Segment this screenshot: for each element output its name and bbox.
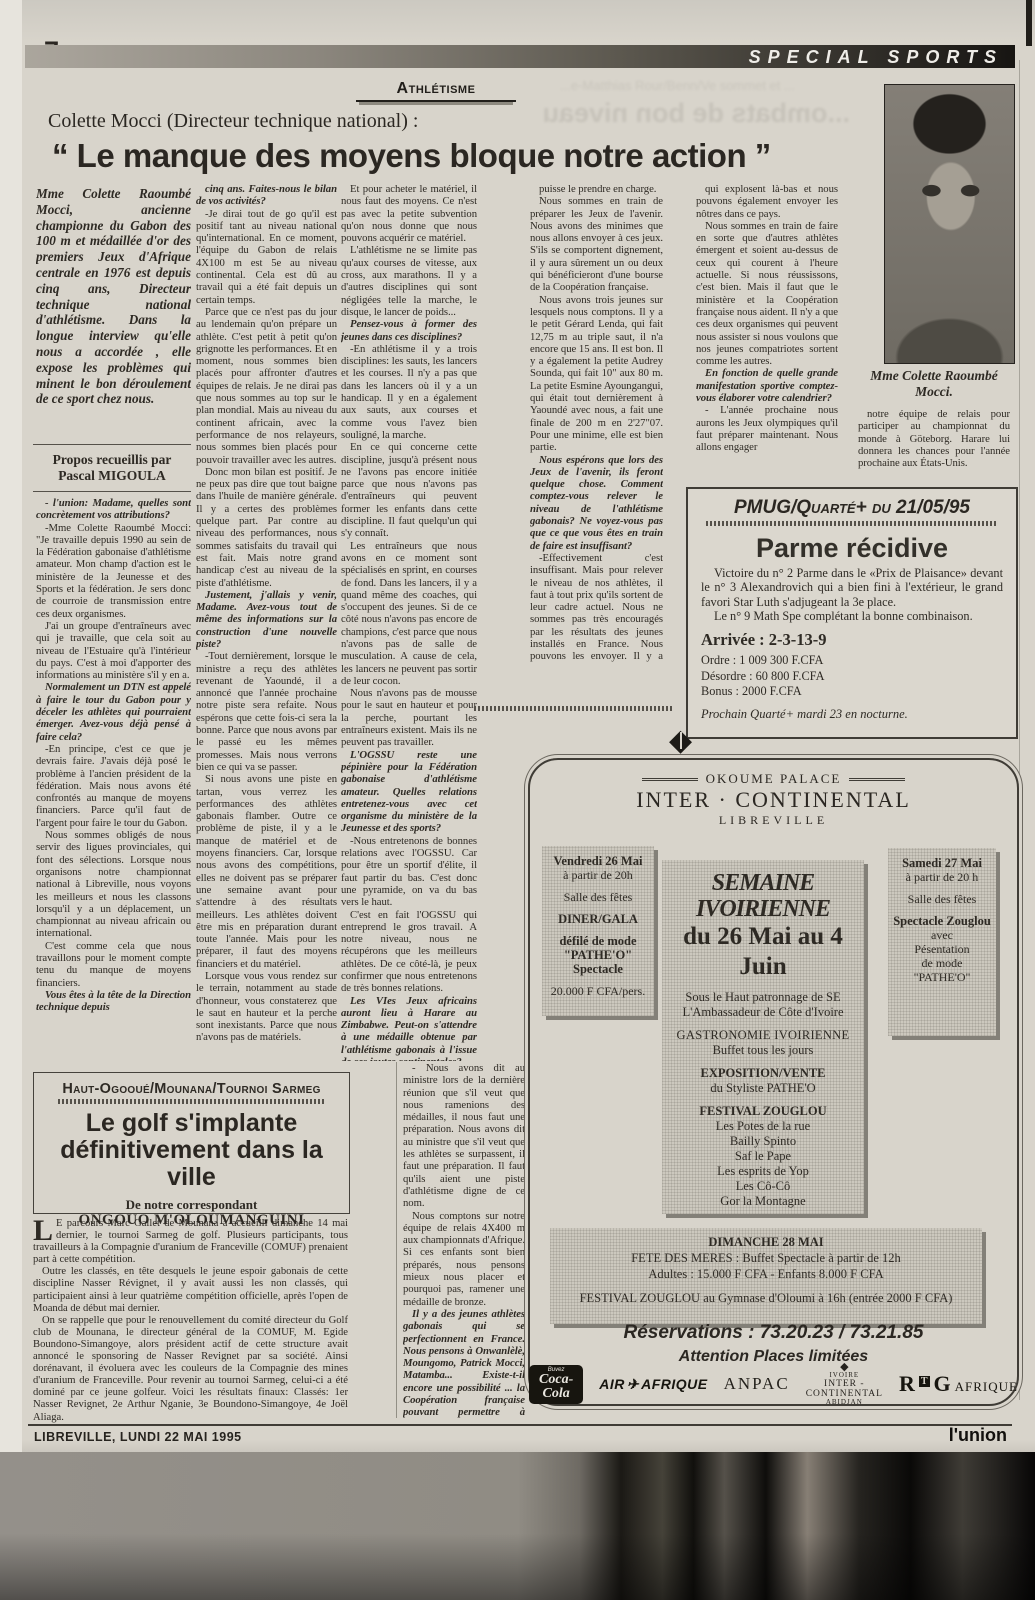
newspaper-page: 7 SPECIAL SPORTS ...ombats de bon niveau… xyxy=(0,0,1035,1600)
paragraph: Donc mon bilan est positif. Je ne peux p… xyxy=(196,466,337,589)
rtg-letter-g: G xyxy=(934,1371,951,1397)
pmug-title: PMUG/Quarté+ du 21/05/95 xyxy=(702,497,1002,518)
pmug-heading: Parme récidive xyxy=(688,534,1016,562)
intercontinental-abidjan-logo: ◆ IVOIRE INTER - CONTINENTAL ABIDJAN xyxy=(806,1362,883,1406)
ad-line: Vendredi 26 Mai xyxy=(542,854,654,868)
ad-line: Les Cô-Cô xyxy=(662,1179,864,1194)
ad-line: 20.000 F CFA/pers. xyxy=(542,984,654,998)
ic-name-label: INTER - CONTINENTAL xyxy=(806,1379,883,1399)
air-afrique-word1: AIR xyxy=(599,1376,625,1392)
ad-line: du 26 Mai au 4 Juin xyxy=(662,922,864,982)
ad-line: Sous le Haut patronnage de SE xyxy=(662,990,864,1005)
article-end-rule xyxy=(474,706,674,711)
bleed-through-text: ...e-Matthias Rour/Benn/Ve sommet et ... xyxy=(560,78,920,93)
golf-body: LE parcours Marc Gallet de Mounana a acc… xyxy=(33,1218,348,1424)
paragraph: Nous comptons sur notre équipe de relais… xyxy=(403,1210,525,1308)
paragraph: Les VIes Jeux africains auront lieu à Ha… xyxy=(341,995,477,1061)
ad-line: Les Potes de la rue xyxy=(662,1119,864,1134)
article-column-5: qui explosent là-bas et nous pouvons éga… xyxy=(696,183,838,483)
golf-headline: Le golf s'implante définitivement dans l… xyxy=(34,1110,349,1191)
ad-line: FESTIVAL ZOUGLOU xyxy=(662,1104,864,1119)
ad-line: Adultes : 15.000 F CFA - Enfants 8.000 F… xyxy=(550,1266,982,1282)
footer-masthead: l'union xyxy=(949,1426,1007,1444)
air-afrique-globe-icon: ✈ xyxy=(627,1376,639,1392)
page-fold-line xyxy=(1019,60,1020,1400)
paragraph: En fonction de quelle grande manifestati… xyxy=(696,367,838,404)
paragraph: -Tout dernièrement, lorsque le ministre … xyxy=(196,650,337,773)
hotel-brand: INTER · CONTINENTAL xyxy=(530,788,1017,812)
ad-panel-friday: Vendredi 26 Maià partir de 20hSalle des … xyxy=(542,846,654,1016)
paragraph: C'est en fait l'OGSSU qui entreprend le … xyxy=(341,909,477,995)
article-column-3: Et pour acheter le matériel, il nous fau… xyxy=(341,183,477,1061)
paragraph: Et pour acheter le matériel, il nous fau… xyxy=(341,183,477,244)
paragraph: qui explosent là-bas et nous pouvons éga… xyxy=(696,183,838,220)
paragraph: Le n° 9 Math Spe complétant la bonne com… xyxy=(701,609,1003,623)
ad-line: Salle des fêtes xyxy=(888,892,996,906)
hotel-name: OKOUME PALACE xyxy=(706,772,842,786)
photo-caption: Mme Colette Raoumbé Mocci. xyxy=(854,368,1014,400)
rtg-word-afrique: AFRIQUE xyxy=(955,1379,1018,1395)
ad-banner-fete-des-meres: DIMANCHE 28 MAIFETE DES MERES : Buffet S… xyxy=(550,1228,982,1324)
ic-ivoire-label: IVOIRE xyxy=(806,1372,883,1379)
paragraph: Nous sommes obligés de nous servir des l… xyxy=(36,829,191,940)
paragraph: -En athlétisme il y a trois disciplines:… xyxy=(341,343,477,441)
portrait-photo xyxy=(884,84,1015,364)
paragraph: notre équipe de relais pour participer a… xyxy=(858,408,1010,469)
scan-bottom-strip xyxy=(0,1452,1035,1600)
rtg-letter-t: T xyxy=(919,1376,930,1387)
ad-line: du Styliste PATHE'O xyxy=(662,1081,864,1096)
article-column-continuation: - Nous avons dit au ministre lors de la … xyxy=(403,1062,525,1418)
ad-line: Buffet tous les jours xyxy=(662,1043,864,1058)
rtg-afrique-logo: R T G AFRIQUE xyxy=(899,1371,1018,1397)
intercontinental-logo-icon: ◆ xyxy=(661,726,701,756)
ad-line: L'Ambassadeur de Côte d'Ivoire xyxy=(662,1005,864,1020)
ad-line: Spectacle Zouglou xyxy=(888,914,996,928)
paragraph: Justement, j'allais y venir, Madame. Ave… xyxy=(196,589,337,650)
pmug-next-race: Prochain Quarté+ mardi 23 en nocturne. xyxy=(701,707,1003,721)
pmug-quarte-box: PMUG/Quarté+ du 21/05/95 Parme récidive … xyxy=(686,487,1018,739)
ad-line: à partir de 20h xyxy=(542,868,654,882)
byline-box: Propos recueillis par Pascal MIGOULA xyxy=(33,444,191,492)
ad-line: Salle des fêtes xyxy=(542,890,654,904)
reservations-line: Réservations : 73.20.23 / 73.21.85 xyxy=(530,1322,1017,1344)
paragraph: LE parcours Marc Gallet de Mounana a acc… xyxy=(33,1218,348,1266)
ad-line: défilé de mode xyxy=(542,934,654,948)
paragraph: Il y a des jeunes athlètes gabonais qui … xyxy=(403,1308,525,1418)
ad-line: GASTRONOMIE IVOIRIENNE xyxy=(662,1028,864,1043)
footer-dateline: LIBREVILLE, LUNDI 22 MAI 1995 xyxy=(34,1430,242,1444)
paragraph: - Nous avons dit au ministre lors de la … xyxy=(403,1062,525,1210)
hotel-city: LIBREVILLE xyxy=(530,813,1017,827)
article-column-6: notre équipe de relais pour participer a… xyxy=(858,408,1010,486)
paragraph: J'ai un groupe d'entraîneurs avec qui je… xyxy=(36,620,191,681)
ad-line: "PATHE'O" xyxy=(888,970,996,984)
golf-kicker: Haut-Ogooué/Mounana/Tournoi Sarmeg xyxy=(34,1081,349,1097)
ic-city-label: ABIDJAN xyxy=(806,1399,883,1406)
air-afrique-word2: AFRIQUE xyxy=(641,1376,708,1392)
paragraph: L'athlétisme ne se limite pas qu'aux cou… xyxy=(341,244,477,318)
ad-line: Les esprits de Yop xyxy=(662,1164,864,1179)
hotel-advert: ◆ OKOUME PALACE INTER · CONTINENTAL LIBR… xyxy=(528,758,1019,1406)
pmug-title-rule xyxy=(706,521,998,526)
sponsor-logos-row: Buvez Coca-Cola AIR ✈ AFRIQUE ANPAC ◆ IV… xyxy=(530,1368,1017,1400)
scan-corner-mark xyxy=(1026,0,1032,46)
ad-line: Spectacle xyxy=(542,962,654,976)
paragraph: Outre les classés, en tête desquels le j… xyxy=(33,1266,348,1314)
paragraph: - l'union: Madame, quelles sont concrète… xyxy=(36,497,191,522)
coca-cola-logo: Buvez Coca-Cola xyxy=(529,1365,583,1404)
rubric-athletisme: Athlétisme xyxy=(356,80,516,102)
ad-line: FETE DES MERES : Buffet Spectacle à part… xyxy=(550,1250,982,1266)
golf-kicker-rule xyxy=(58,1099,325,1104)
pmug-body: Victoire du n° 2 Parme dans le «Prix de … xyxy=(701,566,1003,623)
paragraph: Parce que ce n'est pas du jour au lendem… xyxy=(196,306,337,466)
coca-cola-wordmark: Coca-Cola xyxy=(539,1373,573,1401)
header-rule-left xyxy=(642,778,698,781)
ad-line: Bailly Spinto xyxy=(662,1134,864,1149)
paragraph: Nous sommes en train de faire en sorte q… xyxy=(696,220,838,368)
ad-line: Samedi 27 Mai xyxy=(888,856,996,870)
paragraph: -En principe, c'est ce que je devrais fa… xyxy=(36,743,191,829)
places-limitees-line: Attention Places limitées xyxy=(530,1348,1017,1366)
paragraph: -Effectivement c'est insuffisant. Mais p… xyxy=(530,552,663,663)
rtg-letter-r: R xyxy=(899,1371,915,1397)
golf-header-box: Haut-Ogooué/Mounana/Tournoi Sarmeg Le go… xyxy=(33,1072,350,1214)
diamond-slit xyxy=(680,732,682,749)
paragraph: C'est comme cela que nous travaillons po… xyxy=(36,940,191,989)
paragraph: Normalement un DTN est appelé à faire le… xyxy=(36,681,191,742)
paragraph: -Mme Colette Raoumbé Mocci: "Je travaill… xyxy=(36,522,191,620)
paragraph: puisse le prendre en charge. xyxy=(530,183,663,195)
article-column-2: cinq ans. Faites-nous le bilan de vos ac… xyxy=(196,183,337,1085)
paragraph: L'OGSSU reste une pépinière pour la Fédé… xyxy=(341,749,477,835)
section-banner-label: SPECIAL SPORTS xyxy=(749,48,1015,66)
golf-correspondent-label: De notre correspondant xyxy=(34,1198,349,1212)
paragraph: Nous avons trois jeunes sur lesquels nou… xyxy=(530,294,663,454)
hotel-name-row: OKOUME PALACE xyxy=(530,772,1017,786)
paragraph: En ce qui concerne cette discipline, jus… xyxy=(341,441,477,539)
ad-line: de mode xyxy=(888,956,996,970)
ad-line: SEMAINE IVOIRIENNE xyxy=(662,870,864,922)
article-column-4: puisse le prendre en charge.Nous sommes … xyxy=(530,183,663,663)
paragraph: Nous sommes en train de préparer les Jeu… xyxy=(530,195,663,293)
article-column-1: - l'union: Madame, quelles sont concrète… xyxy=(36,497,191,1069)
article-headline: “ Le manque des moyens bloque notre acti… xyxy=(52,136,852,176)
paragraph: -Nous entretenons de bonnes relations av… xyxy=(341,835,477,909)
paragraph: - L'année prochaine nous aurons les Jeux… xyxy=(696,404,838,453)
paragraph: Nous n'avons pas de mousse pour le saut … xyxy=(341,687,477,748)
paragraph: Nous espérons que lors des Jeux de l'ave… xyxy=(530,454,663,552)
paragraph: Les entraîneurs que nous avons en ce mom… xyxy=(341,540,477,688)
ad-line: FESTIVAL ZOUGLOU au Gymnase d'Oloumi à 1… xyxy=(550,1290,982,1306)
hotel-header: OKOUME PALACE INTER · CONTINENTAL LIBREV… xyxy=(530,772,1017,827)
ad-line: DINER/GALA xyxy=(542,912,654,926)
paragraph: Lorsque vous vous rendez sur le terrain,… xyxy=(196,970,337,1044)
article-lead: Mme Colette Raoumbé Mocci, ancienne cham… xyxy=(36,186,191,442)
paragraph: Vous êtes à la tête de la Direction tech… xyxy=(36,989,191,1014)
paragraph: Victoire du n° 2 Parme dans le «Prix de … xyxy=(701,566,1003,609)
ad-panel-semaine-ivoirienne: SEMAINE IVOIRIENNEdu 26 Mai au 4 JuinSou… xyxy=(662,860,864,1214)
ad-line: "PATHE'O" xyxy=(542,948,654,962)
ad-line: DIMANCHE 28 MAI xyxy=(550,1234,982,1250)
anpac-logo: ANPAC xyxy=(724,1375,790,1393)
paragraph: cinq ans. Faites-nous le bilan de vos ac… xyxy=(196,183,337,208)
ad-line: à partir de 20 h xyxy=(888,870,996,884)
column-divider xyxy=(396,1062,397,1418)
ad-line: Pésentation xyxy=(888,942,996,956)
paragraph: On se rappelle que pour le renouvellemen… xyxy=(33,1315,348,1424)
pmug-arrivee: Arrivée : 2-3-13-9 xyxy=(701,631,1003,649)
air-afrique-logo: AIR ✈ AFRIQUE xyxy=(599,1376,707,1392)
ad-line: EXPOSITION/VENTE xyxy=(662,1066,864,1081)
paragraph: Pensez-vous à former des jeunes dans ces… xyxy=(341,318,477,343)
ad-line: Gor la Montagne xyxy=(662,1194,864,1209)
ad-panel-saturday: Samedi 27 Maià partir de 20 hSalle des f… xyxy=(888,848,996,1036)
ad-line: avec xyxy=(888,928,996,942)
ad-line: Saf le Pape xyxy=(662,1149,864,1164)
paragraph: -Je dirai tout de go qu'il est positif t… xyxy=(196,208,337,306)
article-kicker: Colette Mocci (Directeur technique natio… xyxy=(48,110,748,133)
section-banner: SPECIAL SPORTS xyxy=(25,45,1015,68)
pmug-results: Ordre : 1 009 300 F.CFA Désordre : 60 80… xyxy=(701,653,1003,700)
paragraph: Si nous avons une piste en tartan, vous … xyxy=(196,773,337,970)
footer-rule xyxy=(28,1424,1012,1426)
header-rule-right xyxy=(849,778,905,781)
page-left-margin xyxy=(0,0,22,1452)
